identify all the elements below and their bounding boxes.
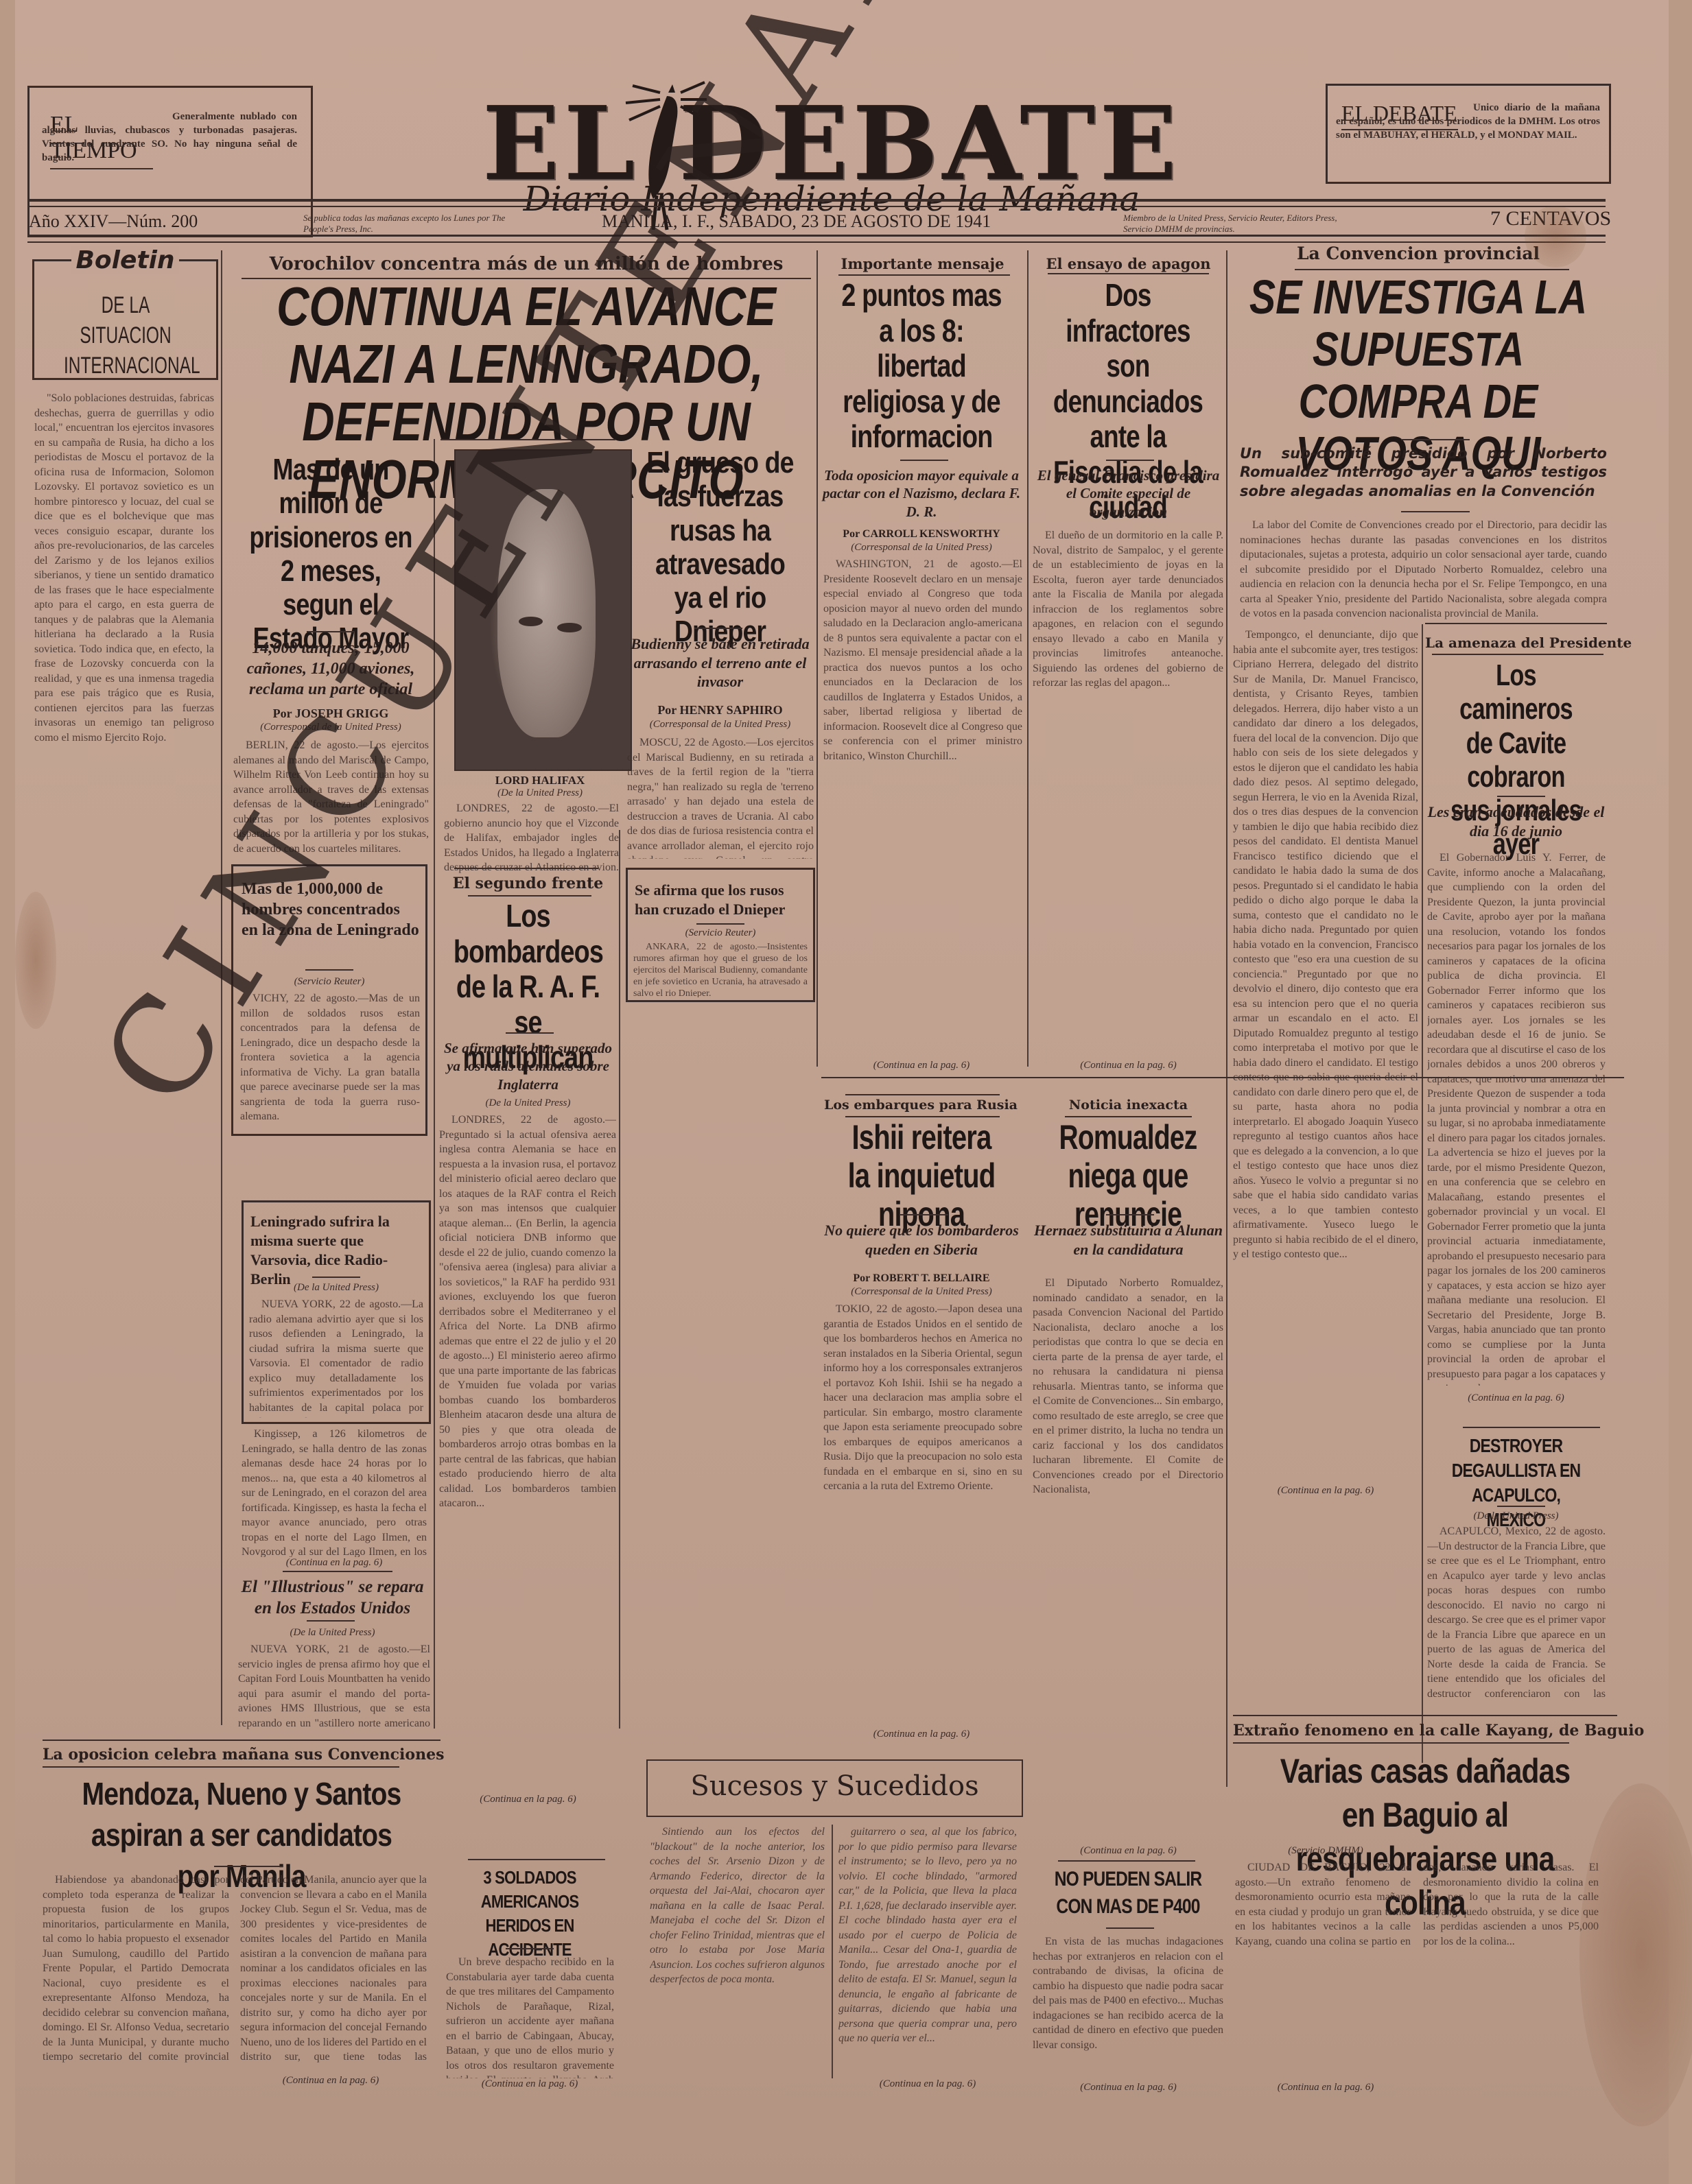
convention-body: Tempongco, el denunciante, dijo que habi…: [1233, 628, 1418, 1485]
prisoners-body: BERLIN, 22 de agosto.—Los ejercitos alem…: [233, 738, 429, 862]
baguio-continued[interactable]: (Continua en la pag. 6): [1233, 2082, 1418, 2093]
roosevelt-deck: Toda oposicion mayor equivale a pactar c…: [821, 466, 1022, 521]
prisoners-credit: (Corresponsal de la United Press): [231, 722, 430, 733]
soldiers-headline: 3 SOLDADOS AMERICANOS HERIDOS EN ACCIDEN…: [457, 1866, 603, 1962]
destroyer-body: ACAPULCO, Mexico, 22 de agosto.—Un destr…: [1427, 1524, 1606, 1702]
dnieper-credit: (Corresponsal de la United Press): [626, 719, 814, 731]
baguio-credit: (Servicio DMHM): [1233, 1845, 1418, 1857]
p400-continued[interactable]: (Continua en la pag. 6): [1031, 2082, 1226, 2093]
ishii-continued[interactable]: (Continua en la pag. 6): [821, 1729, 1022, 1740]
raf-credit: (De la United Press): [437, 1097, 619, 1109]
blackout-deck: El general Francisco presidira el Comite…: [1031, 466, 1226, 521]
raf-kicker: El segundo frente: [437, 875, 619, 892]
dnieper-box: Se afirma que los rusos han cruzado el D…: [626, 868, 815, 1002]
weather-text: Generalmente nublado con algunas lluvias…: [42, 110, 297, 165]
cavite-deck: Les eran adeudados desde el dia 16 de ju…: [1425, 803, 1607, 840]
p400-headline: NO PUEDEN SALIR CON MAS DE P400: [1047, 1866, 1209, 1921]
sucesos-title: Sucesos y Sucedidos: [648, 1770, 1022, 1802]
baguio-kicker: Extraño fenomeno en la calle Kayang, de …: [1233, 1722, 1590, 1740]
dnieper-box-headline: Se afirma que los rusos han cruzado el D…: [635, 881, 806, 919]
cavite-continued[interactable]: (Continua en la pag. 6): [1425, 1392, 1607, 1404]
boletin-subtitle: DE LA SITUACION INTERNACIONAL: [64, 290, 187, 381]
about-text: Unico diario de la mañana en español, es…: [1336, 101, 1600, 142]
dnieper-headline: El grueso de las fuerzas rusas ha atrave…: [640, 446, 801, 649]
blackout-kicker: El ensayo de apagon: [1031, 255, 1226, 272]
illustrious-credit: (De la United Press): [235, 1627, 430, 1639]
romualdez-body: El Diputado Norberto Romualdez, nominado…: [1033, 1276, 1223, 1838]
romualdez-continued[interactable]: (Continua en la pag. 6): [1031, 1845, 1226, 1857]
sucesos-body-1: Sintiendo aun los efectos del "blackout"…: [650, 1825, 825, 2072]
ishii-credit: (Corresponsal de la United Press): [821, 1286, 1022, 1298]
about-box: EL DEBATE Unico diario de la mañana en e…: [1326, 84, 1611, 184]
ishii-byline: Por ROBERT T. BELLAIRE: [821, 1272, 1022, 1285]
romualdez-deck: Hernaez substituiria a Alunan en la cand…: [1031, 1221, 1226, 1259]
roosevelt-continued[interactable]: (Continua en la pag. 6): [821, 1060, 1022, 1071]
ishii-body: TOKIO, 22 de agosto.—Japon desea una gar…: [823, 1302, 1022, 1727]
photo-credit: (De la United Press): [440, 787, 639, 799]
boletin-box: Boletin DE LA SITUACION INTERNACIONAL: [32, 259, 218, 380]
dnieper-box-body: ANKARA, 22 de agosto.—Insistentes rumore…: [633, 941, 808, 997]
opposition-body: Habiendose ya abandonado casi por comple…: [43, 1873, 427, 2072]
roosevelt-headline: 2 puntos mas a los 8: libertad religiosa…: [838, 278, 1005, 455]
illustrious-body: NUEVA YORK, 21 de agosto.—El servicio in…: [238, 1642, 430, 1731]
sucesos-continued[interactable]: (Continua en la pag. 6): [838, 2078, 1017, 2090]
price: 7 CENTAVOS: [1490, 207, 1611, 230]
photo-caption-name: LORD HALIFAX: [440, 774, 639, 787]
ishii-deck: No quiere que los bombarderos queden en …: [821, 1221, 1022, 1259]
raf-continued[interactable]: (Continua en la pag. 6): [437, 1794, 619, 1805]
convention-deck: Un sub-comité presidido por Norberto Rom…: [1240, 444, 1607, 501]
million-body: VICHY, 22 de agosto.—Mas de un millon de…: [240, 991, 420, 1128]
newspaper-page: EL TIEMPO Generalmente nublado con algun…: [15, 0, 1669, 2184]
raf-body: LONDRES, 22 de agosto.—Preguntado si la …: [439, 1113, 616, 1799]
million-box: Mas de 1,000,000 de hombres concentrados…: [231, 864, 427, 1136]
soldiers-body: Un breve despacho recibido en la Constab…: [446, 1955, 614, 2078]
p400-body: En vista de las muchas indagaciones hech…: [1033, 1934, 1223, 2078]
publisher-note: Se publica todas las mañanas excepto los…: [303, 213, 509, 235]
million-headline: Mas de 1,000,000 de hombres concentrados…: [242, 879, 420, 940]
kingissep-continued[interactable]: (Continua en la pag. 6): [242, 1557, 427, 1569]
ishii-kicker: Los embarques para Rusia: [821, 1097, 1020, 1113]
dnieper-byline: Por HENRY SAPHIRO: [626, 703, 814, 717]
roosevelt-body: WASHINGTON, 21 de agosto.—El Presidente …: [823, 557, 1022, 1058]
roosevelt-kicker: Importante mensaje: [821, 255, 1024, 272]
opposition-continued[interactable]: (Continua en la pag. 6): [235, 2075, 427, 2087]
roosevelt-byline: Por CARROLL KENSWORTHY: [821, 528, 1022, 541]
dnieper-box-credit: (Servicio Reuter): [628, 927, 813, 939]
dnieper-deck: Budienny se bate en retirada arrasando e…: [626, 634, 814, 691]
place-date: MANILA, I. F., SABADO, 23 DE AGOSTO DE 1…: [602, 211, 991, 232]
ishii-headline: Ishii reitera la inquietud nipona: [840, 1118, 1003, 1233]
radio-berlin-box: Leningrado sufrira la misma suerte que V…: [242, 1200, 431, 1424]
soldiers-continued[interactable]: (Continua en la pag. 6): [444, 2078, 615, 2090]
main-kicker: Vorochilov concentra más de un millón de…: [235, 254, 818, 274]
radio-berlin-body: NUEVA YORK, 22 de agosto.—La radio alema…: [249, 1297, 423, 1418]
prisoners-byline: Por JOSEPH GRIGG: [231, 707, 430, 721]
photo-body: LONDRES, 22 de agosto.—El gobierno anunc…: [444, 801, 619, 877]
sucesos-body-2: guitarrero o sea, al que los fabrico, po…: [838, 1825, 1017, 2072]
romualdez-kicker: Noticia inexacta: [1031, 1097, 1226, 1113]
baguio-body: CIUDAD DE BAGUIO, 22 de agosto.—Un extra…: [1235, 1860, 1599, 2066]
kingissep-body: Kingissep, a 126 kilometros de Leningrad…: [242, 1427, 427, 1557]
prisoners-headline: Mas de un millon de prisioneros en 2 mes…: [249, 453, 412, 656]
destroyer-credit: (De la United Press): [1425, 1510, 1607, 1522]
convention-kicker: La Convencion provincial: [1230, 244, 1607, 263]
sucesos-box: Sucesos y Sucedidos: [646, 1759, 1023, 1817]
blackout-body: El dueño de un dormitorio en la calle P.…: [1033, 528, 1223, 1056]
prisoners-deck: 14,000 tanques; 15,000 cañones, 11,000 a…: [231, 638, 430, 700]
member-note: Miembro de la United Press, Servicio Reu…: [1123, 213, 1363, 235]
convention-continued[interactable]: (Continua en la pag. 6): [1233, 1485, 1418, 1497]
radio-berlin-credit: (De la United Press): [244, 1282, 429, 1294]
boletin-title: Boletin: [71, 246, 178, 274]
opposition-kicker: La oposicion celebra mañana sus Convenci…: [43, 1746, 413, 1764]
blackout-continued[interactable]: (Continua en la pag. 6): [1031, 1060, 1226, 1071]
issue-number: Año XXIV—Núm. 200: [29, 211, 198, 232]
boletin-body: "Solo poblaciones destruidas, fabricas d…: [34, 391, 214, 1694]
convention-lead: La labor del Comite de Convenciones crea…: [1240, 518, 1607, 621]
million-credit: (Servicio Reuter): [233, 976, 425, 988]
raf-deck: Se afirma que han superado ya los raids …: [437, 1039, 619, 1093]
illustrious-headline: El "Illustrious" se repara en los Estado…: [235, 1576, 430, 1619]
cavite-kicker: La amenaza del Presidente: [1425, 634, 1607, 651]
romualdez-headline: Romualdez niega que renuncie: [1051, 1118, 1206, 1233]
lord-halifax-photo: [454, 449, 632, 771]
roosevelt-credit: (Corresponsal de la United Press): [821, 542, 1022, 554]
dnieper-body: MOSCU, 22 de Agosto.—Los ejercitos del M…: [627, 735, 814, 859]
cavite-body: El Gobernador Luis Y. Ferrer, de Cavite,…: [1427, 851, 1606, 1386]
